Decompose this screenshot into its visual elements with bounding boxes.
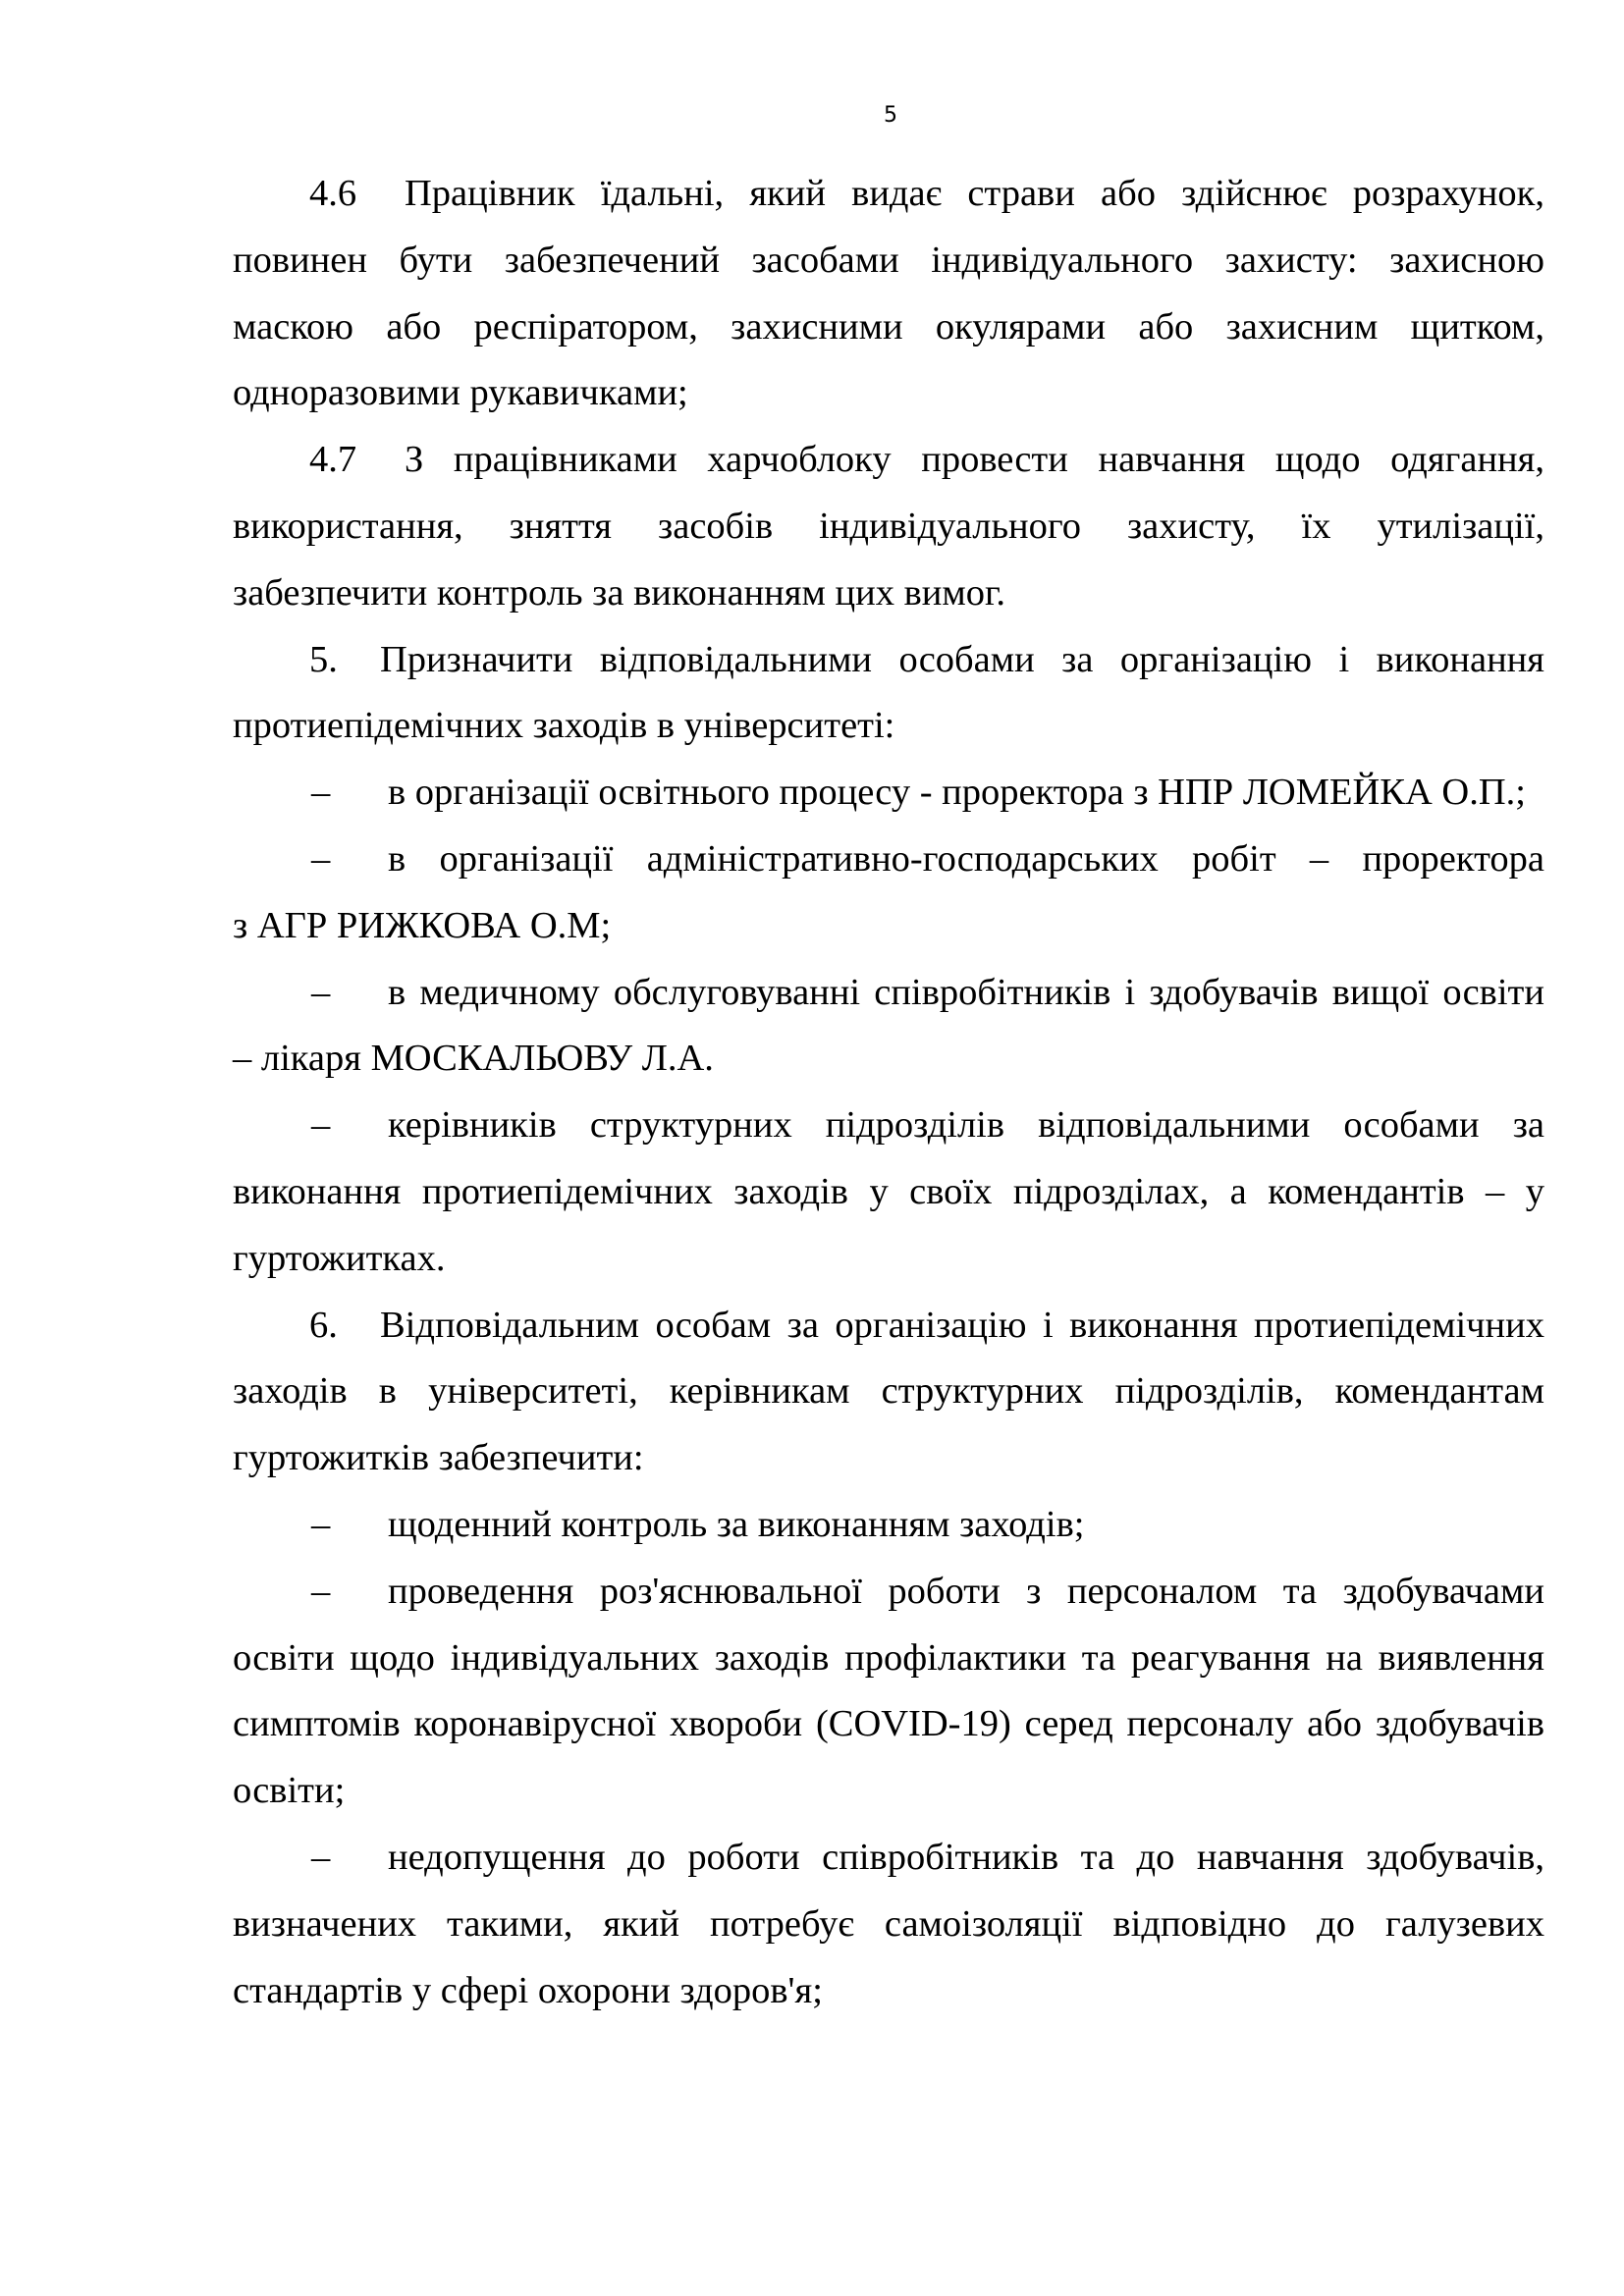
paragraph-text: в організації адміністративно-господарсь… bbox=[388, 827, 1544, 893]
text-line: –щоденний контроль за виконанням заходів… bbox=[233, 1492, 1544, 1559]
numbered-paragraph: 4.7З працівниками харчоблоку провести на… bbox=[233, 427, 1544, 626]
paragraph-text: проведення роз'яснювальної роботи з перс… bbox=[388, 1559, 1544, 1626]
paragraph-text: недопущення до роботи співробітників та … bbox=[388, 1825, 1544, 1892]
dash-bullet: – bbox=[311, 1825, 330, 1892]
text-line: виконання протиепідемічних заходів у сво… bbox=[233, 1159, 1544, 1226]
dash-bullet: – bbox=[311, 827, 330, 893]
paragraph-text: щоденний контроль за виконанням заходів; bbox=[388, 1492, 1084, 1559]
paragraph-text: Працівник їдальні, який видає страви або… bbox=[405, 161, 1544, 228]
paragraph-number: 6. bbox=[309, 1293, 338, 1360]
text-line: 5.Призначити відповідальними особами за … bbox=[233, 627, 1544, 694]
numbered-paragraph: 5.Призначити відповідальними особами за … bbox=[233, 627, 1544, 761]
dash-bullet: – bbox=[311, 760, 330, 827]
dash-bullet: – bbox=[311, 1559, 330, 1626]
numbered-paragraph: 4.6Працівник їдальні, який видає страви … bbox=[233, 161, 1544, 427]
dash-bullet: – bbox=[311, 1492, 330, 1559]
paragraph-number: 4.6 bbox=[309, 161, 356, 228]
text-line: гуртожитків забезпечити: bbox=[233, 1425, 1544, 1492]
text-line: –в медичному обслуговуванні співробітник… bbox=[233, 960, 1544, 1027]
text-line: симптомів коронавірусної хвороби (COVID-… bbox=[233, 1691, 1544, 1758]
text-line: заходів в університеті, керівникам струк… bbox=[233, 1359, 1544, 1425]
list-item: –недопущення до роботи співробітників та… bbox=[233, 1825, 1544, 2024]
dash-bullet: – bbox=[311, 960, 330, 1027]
paragraph-number: 5. bbox=[309, 627, 338, 694]
numbered-paragraph: 6.Відповідальним особам за організацію і… bbox=[233, 1293, 1544, 1492]
text-line: визначених такими, який потребує самоізо… bbox=[233, 1892, 1544, 1958]
text-line: –в організації освітнього процесу - прор… bbox=[233, 760, 1544, 827]
text-line: повинен бути забезпечений засобами індив… bbox=[233, 228, 1544, 294]
text-line: забезпечити контроль за виконанням цих в… bbox=[233, 561, 1544, 627]
page-number: 5 bbox=[0, 102, 1624, 130]
text-line: –в організації адміністративно-господарс… bbox=[233, 827, 1544, 893]
list-item: –проведення роз'яснювальної роботи з пер… bbox=[233, 1559, 1544, 1825]
paragraph-text: Відповідальним особам за організацію і в… bbox=[380, 1293, 1544, 1360]
dash-bullet: – bbox=[311, 1093, 330, 1159]
text-line: гуртожитках. bbox=[233, 1226, 1544, 1293]
document-body: 4.6Працівник їдальні, який видає страви … bbox=[233, 161, 1544, 2024]
text-line: використання, зняття засобів індивідуаль… bbox=[233, 494, 1544, 561]
text-line: стандартів у сфері охорони здоров'я; bbox=[233, 1958, 1544, 2025]
paragraph-text: Призначити відповідальними особами за ор… bbox=[380, 627, 1544, 694]
text-line: освіти; bbox=[233, 1758, 1544, 1825]
list-item: –в організації освітнього процесу - прор… bbox=[233, 760, 1544, 827]
text-line: освіти щодо індивідуальних заходів профі… bbox=[233, 1626, 1544, 1692]
text-line: 4.6Працівник їдальні, який видає страви … bbox=[233, 161, 1544, 228]
list-item: –в медичному обслуговуванні співробітник… bbox=[233, 960, 1544, 1094]
text-line: 4.7З працівниками харчоблоку провести на… bbox=[233, 427, 1544, 494]
paragraph-text: в організації освітнього процесу - проре… bbox=[388, 760, 1526, 827]
list-item: –в організації адміністративно-господарс… bbox=[233, 827, 1544, 960]
text-line: з АГР РИЖКОВА О.М; bbox=[233, 893, 1544, 960]
text-line: 6.Відповідальним особам за організацію і… bbox=[233, 1293, 1544, 1360]
text-line: –проведення роз'яснювальної роботи з пер… bbox=[233, 1559, 1544, 1626]
paragraph-number: 4.7 bbox=[309, 427, 356, 494]
text-line: маскою або респіратором, захисними окуля… bbox=[233, 294, 1544, 361]
list-item: –керівників структурних підрозділів відп… bbox=[233, 1093, 1544, 1292]
text-line: –недопущення до роботи співробітників та… bbox=[233, 1825, 1544, 1892]
paragraph-text: в медичному обслуговуванні співробітникі… bbox=[388, 960, 1544, 1027]
list-item: –щоденний контроль за виконанням заходів… bbox=[233, 1492, 1544, 1559]
paragraph-text: керівників структурних підрозділів відпо… bbox=[388, 1093, 1544, 1159]
text-line: одноразовими рукавичками; bbox=[233, 360, 1544, 427]
text-line: –керівників структурних підрозділів відп… bbox=[233, 1093, 1544, 1159]
paragraph-text: З працівниками харчоблоку провести навча… bbox=[405, 427, 1544, 494]
text-line: протиепідемічних заходів в університеті: bbox=[233, 693, 1544, 760]
text-line: – лікаря МОСКАЛЬОВУ Л.А. bbox=[233, 1026, 1544, 1093]
